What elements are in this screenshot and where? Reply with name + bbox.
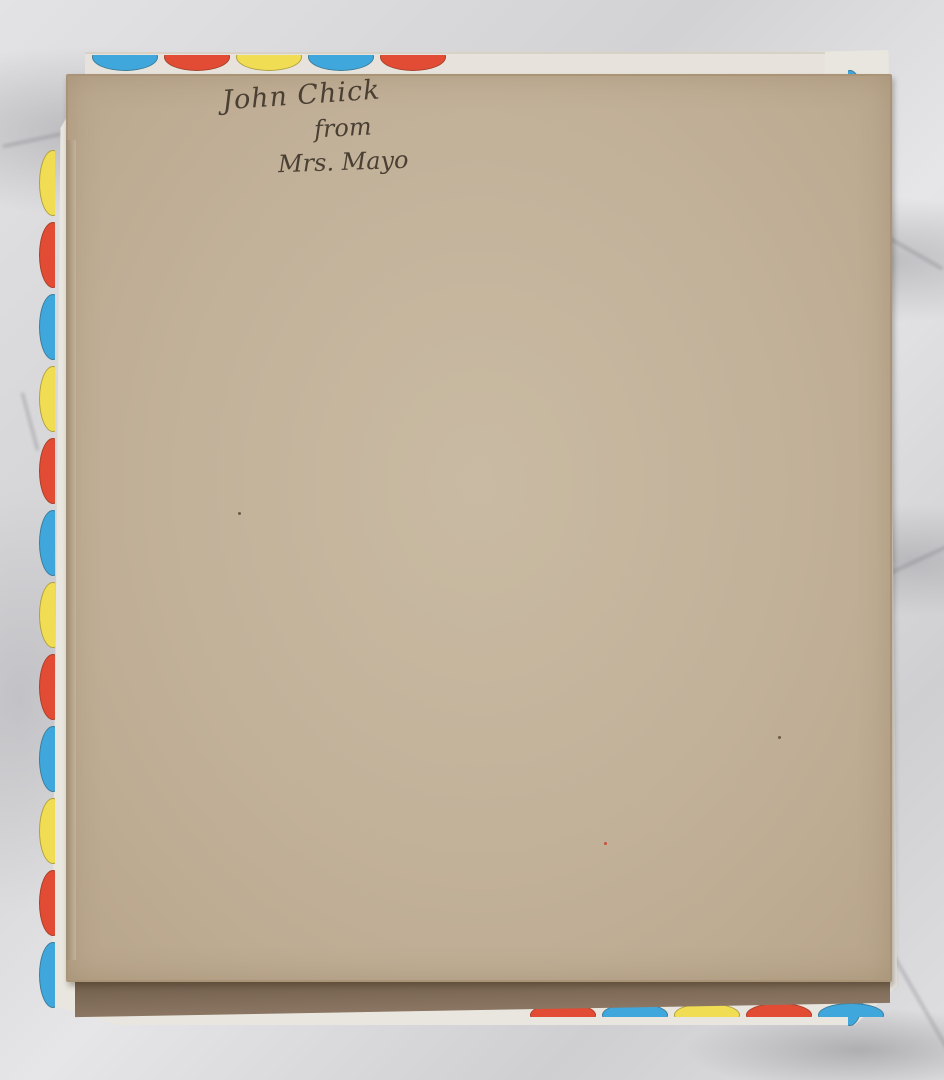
handwritten-inscription: John Chick from Mrs. Mayo [222, 80, 462, 200]
cardboard-panel-edge [66, 140, 76, 960]
inscription-from: from [313, 113, 372, 144]
inscription-sender: Mrs. Mayo [278, 146, 409, 179]
rim-top-dots [92, 55, 446, 71]
speck [604, 842, 607, 845]
inscription-recipient: John Chick [221, 75, 381, 117]
rim-left-dots [47, 150, 61, 1008]
rim-bottom-dots [530, 1008, 884, 1022]
speck [238, 512, 241, 515]
cardboard-panel [66, 74, 892, 982]
speck [778, 736, 781, 739]
